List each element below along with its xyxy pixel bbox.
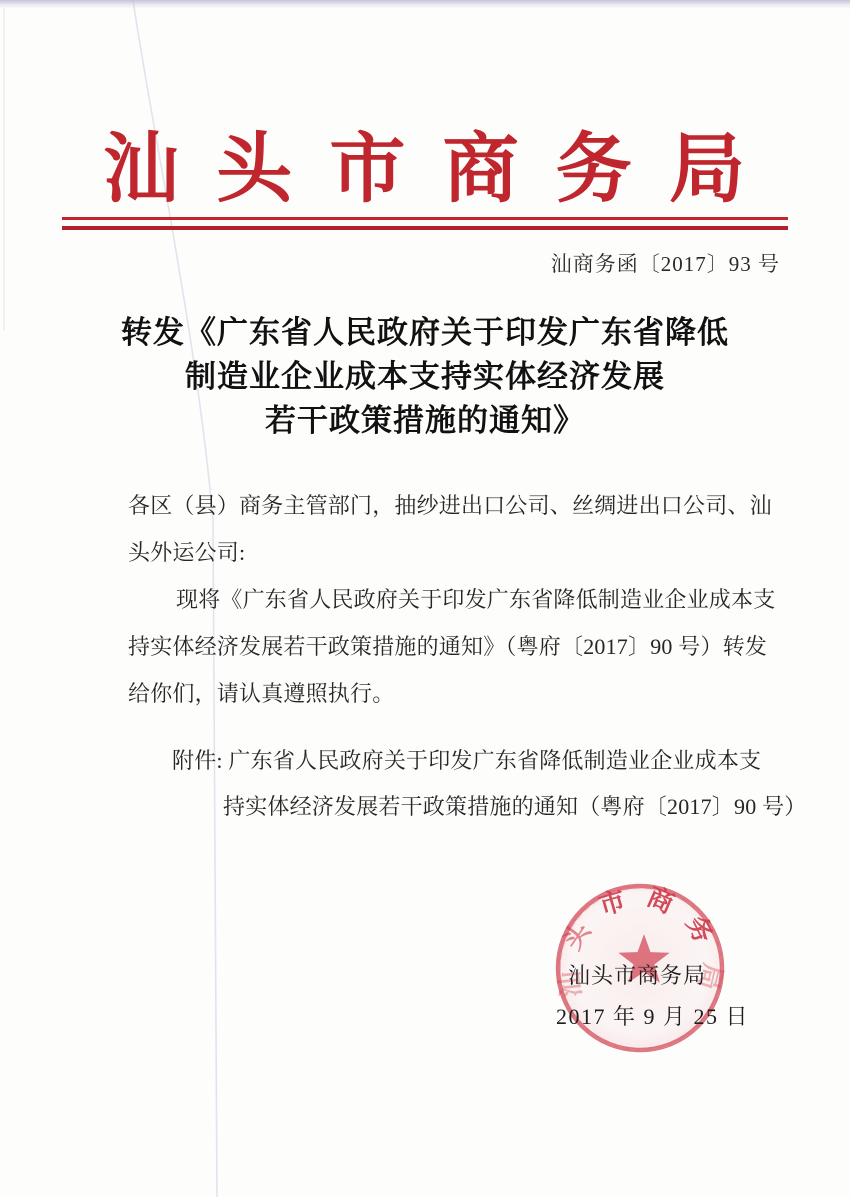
letterhead-char: 局 (669, 132, 745, 208)
body-line: 给你们，请认真遵照执行。 (128, 670, 775, 717)
letterhead-char: 市 (329, 132, 405, 208)
red-divider-rule (62, 217, 788, 230)
agency-letterhead: 汕 头 市 商 务 局 (103, 124, 745, 216)
salutation-line: 头外运公司: (128, 529, 772, 576)
signature-agency: 汕头市商务局 (568, 959, 706, 990)
title-line: 转发《广东省人民政府关于印发广东省降低 (0, 311, 850, 355)
body-paragraph: 现将《广东省人民政府关于印发广东省降低制造业企业成本支 持实体经济发展若干政策措… (128, 576, 775, 717)
attachment-note: 附件: 广东省人民政府关于印发广东省降低制造业企业成本支 持实体经济发展若干政策… (128, 738, 807, 830)
letterhead-char: 汕 (103, 132, 179, 208)
salutation-line: 各区（县）商务主管部门，抽纱进出口公司、丝绸进出口公司、汕 (128, 482, 772, 529)
letterhead-char: 头 (216, 132, 292, 208)
title-line: 若干政策措施的通知》 (0, 399, 850, 443)
attachment-line: 附件: 广东省人民政府关于印发广东省降低制造业企业成本支 (172, 738, 807, 784)
scan-artifact-top-edge (0, 0, 850, 9)
document-title: 转发《广东省人民政府关于印发广东省降低 制造业企业成本支持实体经济发展 若干政策… (0, 311, 850, 443)
document-number: 汕商务函〔2017〕93 号 (551, 248, 780, 278)
body-line: 现将《广东省人民政府关于印发广东省降低制造业企业成本支 (176, 576, 775, 623)
body-line: 持实体经济发展若干政策措施的通知》（粤府〔2017〕90 号）转发 (128, 623, 775, 670)
title-line: 制造业企业成本支持实体经济发展 (0, 355, 850, 399)
salutation: 各区（县）商务主管部门，抽纱进出口公司、丝绸进出口公司、汕 头外运公司: (128, 482, 772, 576)
document-page: 汕 头 市 商 务 局 汕商务函〔2017〕93 号 转发《广东省人民政府关于印… (0, 0, 850, 1197)
signature-date: 2017 年 9 月 25 日 (556, 1000, 749, 1031)
attachment-line: 持实体经济发展若干政策措施的通知（粤府〔2017〕90 号） (223, 784, 807, 830)
letterhead-char: 商 (443, 132, 519, 208)
letterhead-char: 务 (556, 132, 632, 208)
